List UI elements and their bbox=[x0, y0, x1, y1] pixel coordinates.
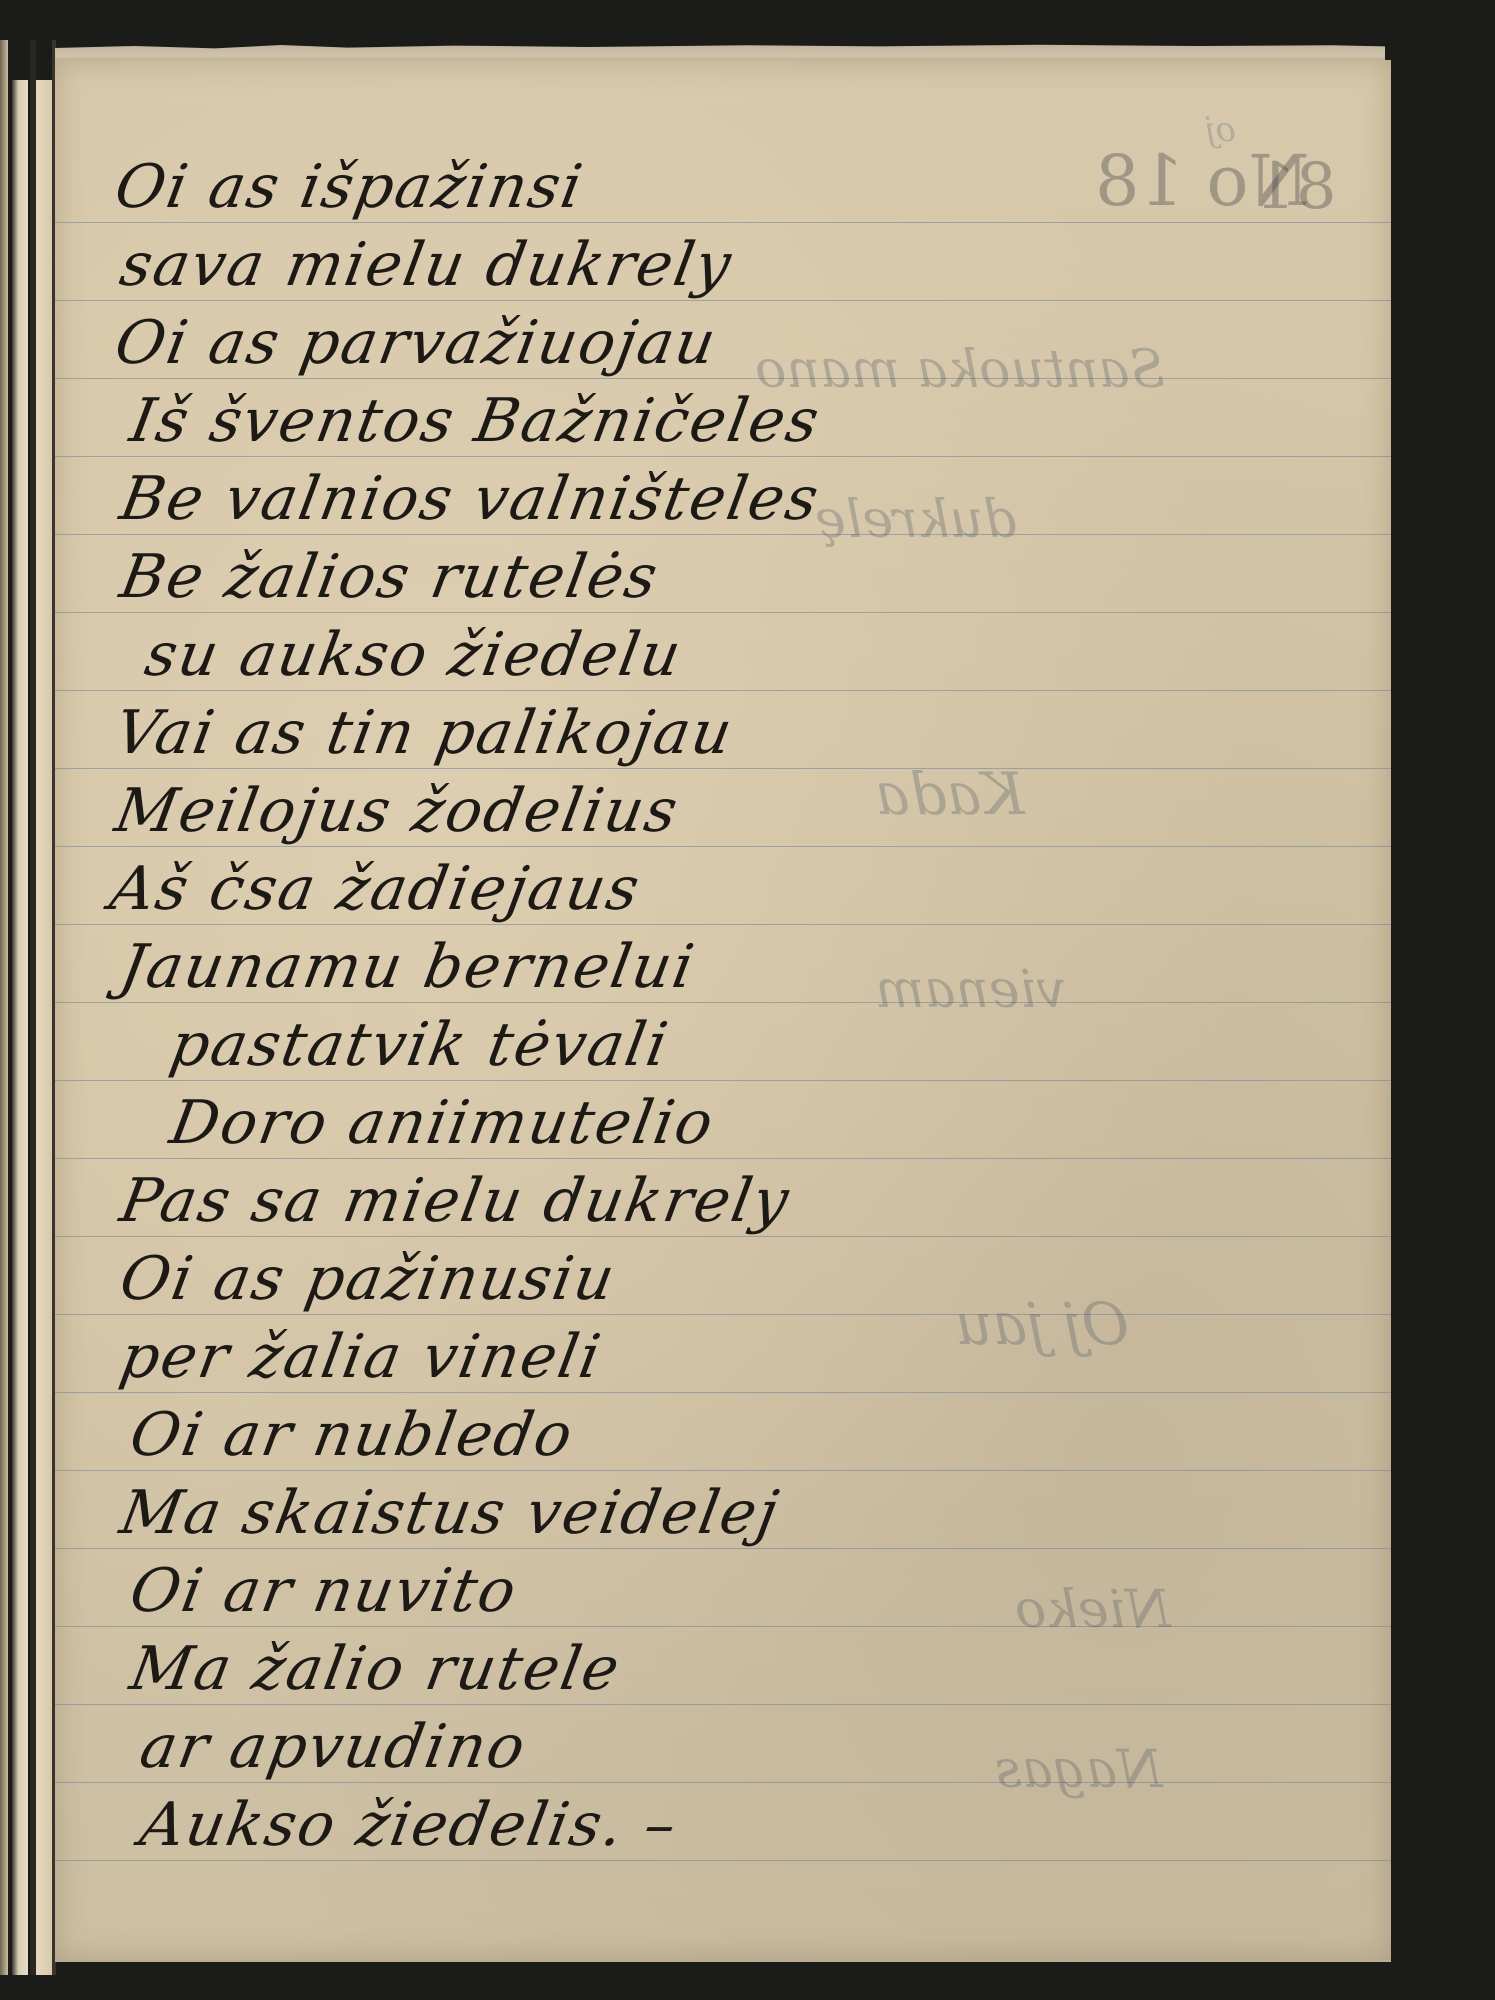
notebook-binding bbox=[0, 40, 60, 1975]
page-edge bbox=[0, 40, 8, 1975]
verse-line: Oi as pažinusiu bbox=[115, 1244, 621, 1314]
verse-line: Be žalios rutelės bbox=[115, 542, 664, 612]
handwritten-verse: Oi as išpažinsi sava mielu dukrely Oi as… bbox=[55, 60, 1391, 1960]
verse-line: Oi as išpažinsi bbox=[110, 152, 589, 222]
verse-line: Aukso žiedelis. – bbox=[135, 1790, 683, 1860]
verse-line: Oi as parvažiuojau bbox=[110, 308, 723, 378]
verse-line: per žalia vineli bbox=[115, 1322, 607, 1392]
verse-line: pastatvik tėvali bbox=[165, 1010, 674, 1080]
verse-line: Iš šventos Bažničeles bbox=[125, 386, 826, 456]
verse-line: Be valnios valništeles bbox=[115, 464, 825, 534]
verse-line: Doro aniimutelio bbox=[165, 1088, 720, 1158]
verse-line: ar apvudino bbox=[135, 1712, 532, 1782]
verse-line: Vai as tin palikojau bbox=[110, 698, 739, 768]
verse-line: Oi ar nuvito bbox=[125, 1556, 523, 1626]
verse-line: Pas sa mielu dukrely bbox=[115, 1166, 795, 1236]
notebook-page: 81 No 18 oj Santuoka mano dukrelę Kada v… bbox=[55, 60, 1391, 1962]
verse-line: sava mielu dukrely bbox=[115, 230, 738, 300]
verse-line: Meilojus žodelius bbox=[110, 776, 684, 846]
verse-line: Oi ar nubledo bbox=[125, 1400, 579, 1470]
page-edge bbox=[36, 80, 52, 1975]
verse-line: su aukso žiedelu bbox=[140, 620, 688, 690]
verse-line: Ma žalio rutele bbox=[125, 1634, 626, 1704]
verse-line: Jaunamu bernelui bbox=[115, 932, 701, 1002]
verse-line: Aš čsa žadiejaus bbox=[105, 854, 646, 924]
page-edge bbox=[12, 80, 28, 1975]
verse-line: Ma skaistus veidelej bbox=[115, 1478, 785, 1548]
